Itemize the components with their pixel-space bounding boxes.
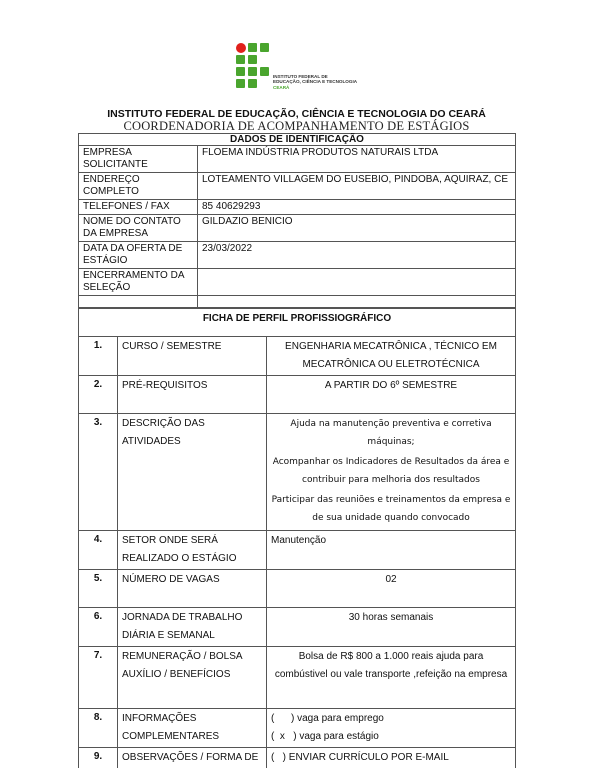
- field-label: [79, 296, 198, 308]
- row-number: 9.: [79, 748, 118, 768]
- option-internship[interactable]: ( x ) vaga para estágio: [271, 728, 511, 746]
- row-value: Manutenção: [267, 531, 516, 570]
- field-value: GILDAZIO BENICIO: [198, 215, 516, 242]
- activity-item: Participar das reuniões e treinamentos d…: [271, 491, 511, 527]
- row-label: JORNADA DE TRABALHO DIÁRIA E SEMANAL: [118, 608, 267, 647]
- field-value: 85 40629293: [198, 200, 516, 215]
- row-number: 7.: [79, 647, 118, 709]
- field-value: FLOEMA INDÚSTRIA PRODUTOS NATURAIS LTDA: [198, 146, 516, 173]
- field-label: DATA DA OFERTA DE ESTÁGIO: [79, 242, 198, 269]
- field-value: 23/03/2022: [198, 242, 516, 269]
- identification-table: DADOS DE IDENTIFICAÇÃO EMPRESA SOLICITAN…: [78, 133, 516, 308]
- row-number: 2.: [79, 376, 118, 414]
- activity-item: Acompanhar os Indicadores de Resultados …: [271, 453, 511, 489]
- activities-list: Ajuda na manutenção preventiva e correti…: [267, 414, 516, 531]
- row-number: 4.: [79, 531, 118, 570]
- profile-table: FICHA DE PERFIL PROFISSIOGRÁFICO 1.CURSO…: [78, 308, 516, 768]
- field-label: EMPRESA SOLICITANTE: [79, 146, 198, 173]
- option-employment[interactable]: ( ) vaga para emprego: [271, 710, 511, 728]
- row-label: NÚMERO DE VAGAS: [118, 570, 267, 608]
- row-value: Bolsa de R$ 800 a 1.000 reais ajuda para…: [267, 647, 516, 709]
- field-label: ENDEREÇO COMPLETO: [79, 173, 198, 200]
- row-number: 1.: [79, 337, 118, 376]
- row-label: DESCRIÇÃO DAS ATIVIDADES: [118, 414, 267, 531]
- complementary-options: ( ) vaga para emprego ( x ) vaga para es…: [267, 709, 516, 748]
- row-number: 5.: [79, 570, 118, 608]
- logo-text: INSTITUTO FEDERAL DE EDUCAÇÃO, CIÊNCIA E…: [273, 74, 357, 90]
- row-label: OBSERVAÇÕES / FORMA DE: [118, 748, 267, 768]
- profile-title: FICHA DE PERFIL PROFISSIOGRÁFICO: [79, 309, 516, 337]
- row-label: PRÉ-REQUISITOS: [118, 376, 267, 414]
- row-label: REMUNERAÇÃO / BOLSA AUXÍLIO / BENEFÍCIOS: [118, 647, 267, 709]
- field-value: [198, 269, 516, 296]
- field-label: TELEFONES / FAX: [79, 200, 198, 215]
- row-value: A PARTIR DO 6º SEMESTRE: [267, 376, 516, 414]
- field-label: NOME DO CONTATO DA EMPRESA: [79, 215, 198, 242]
- row-value: 30 horas semanais: [267, 608, 516, 647]
- row-label: INFORMAÇÕES COMPLEMENTARES: [118, 709, 267, 748]
- row-label: SETOR ONDE SERÁ REALIZADO O ESTÁGIO: [118, 531, 267, 570]
- ifce-logo: INSTITUTO FEDERAL DE EDUCAÇÃO, CIÊNCIA E…: [236, 43, 376, 95]
- row-number: 6.: [79, 608, 118, 647]
- field-value: LOTEAMENTO VILLAGEM DO EUSEBIO, PINDOBA,…: [198, 173, 516, 200]
- row-value: 02: [267, 570, 516, 608]
- row-value: ( ) ENVIAR CURRÍCULO POR E-MAIL: [267, 748, 516, 768]
- row-value: ENGENHARIA MECATRÔNICA , TÉCNICO EM MECA…: [267, 337, 516, 376]
- row-label: CURSO / SEMESTRE: [118, 337, 267, 376]
- coordination-title: COORDENADORIA DE ACOMPANHAMENTO DE ESTÁG…: [0, 119, 593, 134]
- identification-title: DADOS DE IDENTIFICAÇÃO: [79, 134, 516, 146]
- logo-red-dot: [236, 43, 246, 53]
- activity-item: Ajuda na manutenção preventiva e correti…: [271, 415, 511, 451]
- field-value: [198, 296, 516, 308]
- row-number: 3.: [79, 414, 118, 531]
- row-number: 8.: [79, 709, 118, 748]
- field-label: ENCERRAMENTO DA SELEÇÃO: [79, 269, 198, 296]
